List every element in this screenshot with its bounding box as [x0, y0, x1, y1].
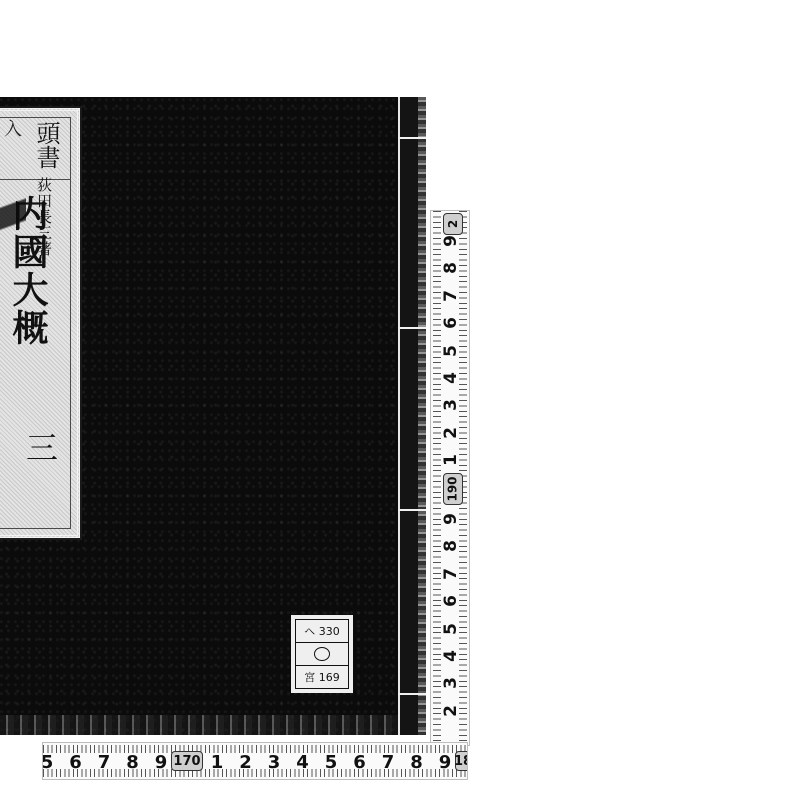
ruler-badge-170: 170 [171, 751, 203, 771]
ruler-number: 5 [42, 752, 57, 773]
header-text: 頭書 [34, 121, 58, 169]
ruler-number: 2 [236, 752, 256, 773]
ruler-number: 4 [441, 368, 461, 388]
ruler-number: 7 [441, 286, 461, 306]
ruler-number: 1 [441, 450, 461, 470]
binding-stitch [398, 509, 426, 511]
binding-stitch [398, 327, 426, 329]
volume-number: 三 [24, 431, 56, 463]
ruler-number: 1 [207, 752, 227, 773]
ruler-number: 7 [378, 752, 398, 773]
ruler-number: 5 [441, 619, 461, 639]
horizontal-ruler: 56789123456789 170 18 [42, 742, 468, 780]
ruler-badge-end: 18 [455, 751, 468, 771]
ruler-number: 4 [293, 752, 313, 773]
ruler-number: 6 [441, 313, 461, 333]
ruler-number: 7 [441, 564, 461, 584]
ruler-number: 3 [264, 752, 284, 773]
ruler-number: 8 [407, 752, 427, 773]
cover-worn-edge [0, 715, 398, 735]
ruler-number: 4 [441, 646, 461, 666]
ruler-number: 9 [151, 752, 171, 773]
ruler-number: 5 [321, 752, 341, 773]
ruler-number: 3 [441, 673, 461, 693]
ruler-number: 7 [94, 752, 114, 773]
ruler-badge-190: 190 [443, 473, 463, 505]
ruler-number: 9 [441, 231, 461, 251]
library-call-label: ヘ 330 宮 169 [291, 615, 353, 693]
ruler-number: 9 [435, 752, 455, 773]
fold-shadow [0, 108, 26, 318]
book-spine-binding [398, 97, 426, 735]
ruler-number: 9 [441, 509, 461, 529]
ruler-number: 2 [441, 423, 461, 443]
ruler-ticks [433, 211, 441, 745]
ruler-number: 6 [66, 752, 86, 773]
vertical-ruler: 2 98765432198765432 190 [430, 210, 470, 746]
ruler-number: 8 [441, 536, 461, 556]
seal-icon [314, 647, 330, 661]
ruler-number: 3 [441, 395, 461, 415]
seal-row [296, 643, 348, 666]
shelf-number-row: 宮 169 [296, 666, 348, 688]
call-number-row: ヘ 330 [296, 620, 348, 643]
ruler-number: 5 [441, 341, 461, 361]
page-edges [418, 97, 426, 735]
binding-stitch [398, 693, 426, 695]
ruler-number: 8 [123, 752, 143, 773]
ruler-number: 6 [350, 752, 370, 773]
binding-stitch [398, 137, 426, 139]
ruler-number: 6 [441, 591, 461, 611]
ruler-number: 8 [441, 258, 461, 278]
ruler-number: 2 [441, 701, 461, 721]
